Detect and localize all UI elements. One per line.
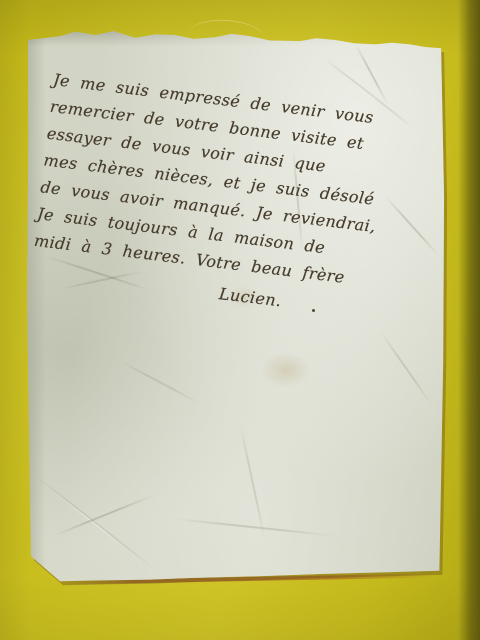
paper-crease	[379, 330, 432, 405]
paper-crease	[120, 360, 200, 404]
paper-crease-highlight	[38, 479, 150, 567]
letter-paper-sheet: Je me suis empressé de venir vous remerc…	[25, 30, 447, 584]
paper-stain	[261, 352, 311, 388]
paper-crease	[175, 518, 334, 537]
photo-of-handwritten-letter: Je me suis empressé de venir vous remerc…	[0, 0, 480, 640]
paper-crease	[239, 423, 266, 541]
background-dark-edge	[458, 0, 480, 640]
handwritten-text-block: Je me suis empressé de venir vous remerc…	[29, 66, 444, 331]
